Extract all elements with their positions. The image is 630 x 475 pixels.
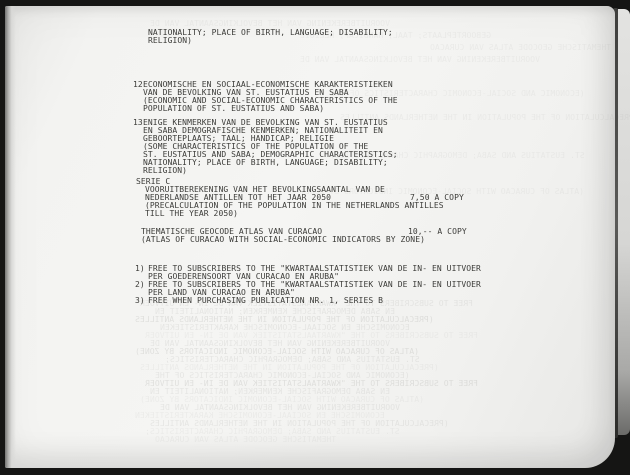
spine-page-edges: [5, 6, 16, 468]
footnote-line: FREE WHEN PURCHASING PUBLICATION NR. 1, …: [148, 297, 383, 305]
footnote-number: 1): [135, 265, 145, 273]
scanned-book-photo: VOORUITBEREKENING VAN HET BEVOLKINGSAANT…: [0, 0, 630, 475]
item-number: 13: [133, 119, 143, 127]
bleedthrough-text: VOORUITBEREKENING VAN HET BEVOLKINGSAANT…: [150, 20, 390, 28]
item-line: (ATLAS OF CURACAO WITH SOCIAL-ECONOMIC I…: [141, 236, 425, 244]
bleedthrough-text: VOORUITBEREKENING VAN HET BEVOLKINGSAANT…: [300, 56, 540, 64]
item-line: TILL THE YEAR 2050): [145, 210, 444, 218]
bleedthrough-text: THEMATISCHE GEOCODE ATLAS VAN CURACAO: [430, 44, 611, 52]
footnote-number: 2): [135, 281, 145, 289]
item-line: RELIGION): [143, 167, 398, 175]
bleedthrough-text: THEMATISCHE GEOCODE ATLAS VAN CURACAO: [155, 436, 336, 444]
footnote: FREE WHEN PURCHASING PUBLICATION NR. 1, …: [148, 297, 383, 305]
footnote: FREE TO SUBSCRIBERS TO THE "KWARTAALSTAT…: [148, 265, 481, 281]
entry-continuation: NATIONALITY; PLACE OF BIRTH, LANGUAGE; D…: [148, 29, 393, 45]
atlas-entry: THEMATISCHE GEOCODE ATLAS VAN CURACAO (A…: [141, 228, 425, 244]
item-line: RELIGION): [148, 37, 393, 45]
series-entry: VOORUITBEREKENING VAN HET BEVOLKINGSAANT…: [145, 186, 444, 218]
publication-item: ECONOMISCHE EN SOCIAAL-ECONOMISCHE KARAK…: [143, 81, 398, 113]
price: 10,-- A COPY: [408, 228, 467, 236]
item-number: 12: [133, 81, 143, 89]
footnote: FREE TO SUBSCRIBERS TO THE "KWARTAALSTAT…: [148, 281, 481, 297]
footnote-number: 3): [135, 297, 145, 305]
publication-item: ENIGE KENMERKEN VAN DE BEVOLKING VAN ST.…: [143, 119, 398, 175]
right-page-stack-edge: [618, 9, 630, 435]
item-line: POPULATION OF ST. EUSTATIUS AND SABA): [143, 105, 398, 113]
price: 7,50 A COPY: [410, 194, 464, 202]
